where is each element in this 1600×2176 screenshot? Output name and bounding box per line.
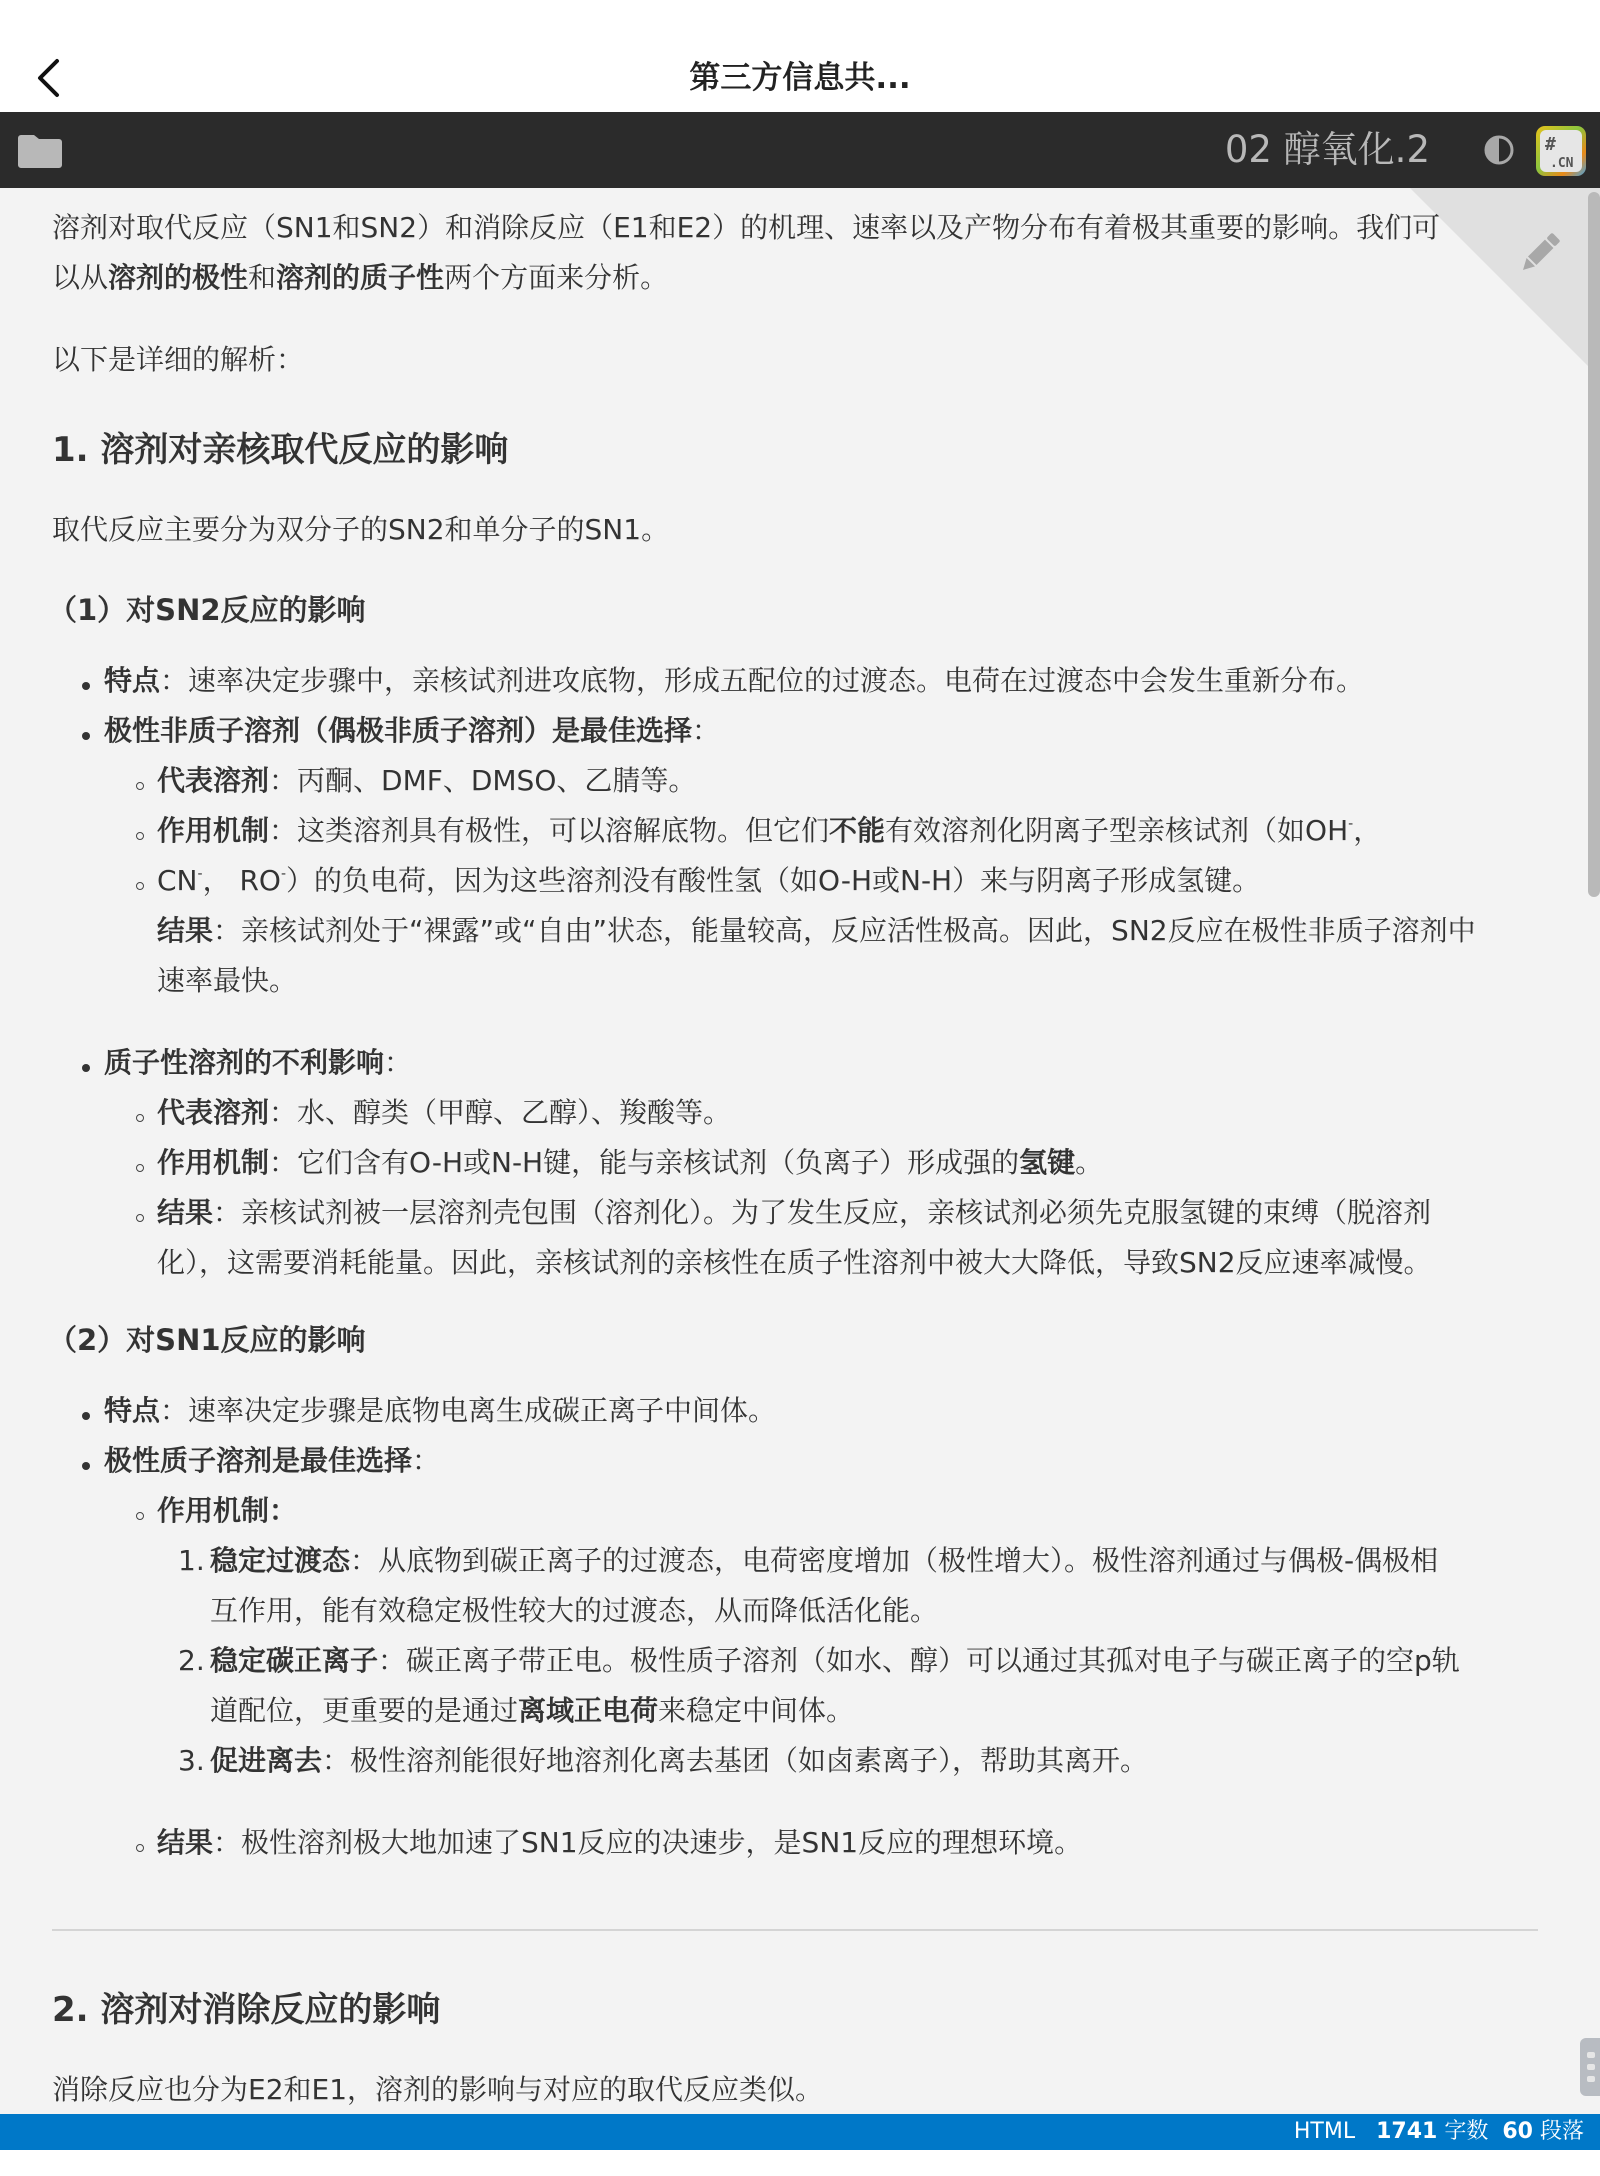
list-number: 1.	[178, 1536, 205, 1586]
sn1-step3: 促进离去：极性溶剂能很好地溶剂化离去基团（如卤素离子），帮助其离开。	[210, 1736, 1148, 1786]
horizontal-divider	[52, 1929, 1538, 1931]
sn2-heading: （1）对SN2反应的影响	[48, 585, 366, 635]
sn1-step2-line2: 道配位，更重要的是通过离域正电荷来稳定中间体。	[210, 1686, 854, 1736]
word-count-label: 字数	[1444, 2119, 1488, 2144]
sub-bullet-icon	[136, 1164, 144, 1172]
page-title: 第三方信息共...	[0, 56, 1600, 100]
sn1-step1-line1: 稳定过渡态：从底物到碳正离子的过渡态，电荷密度增加（极性增大）。极性溶剂通过与偶…	[210, 1536, 1438, 1586]
sn2-protic-representative: 代表溶剂：水、醇类（甲醇、乙醇）、羧酸等。	[157, 1088, 731, 1138]
app-badge-button[interactable]: # .CN	[1535, 125, 1587, 177]
svg-text:.CN: .CN	[1550, 156, 1574, 171]
bullet-icon	[82, 732, 90, 740]
sn2-best-choice: 极性非质子溶剂（偶极非质子溶剂）是最佳选择：	[104, 706, 720, 756]
paragraph-count-label: 段落	[1540, 2119, 1584, 2144]
intro-paragraph-line2: 以从溶剂的极性和溶剂的质子性两个方面来分析。	[52, 253, 668, 303]
bullet-icon	[82, 682, 90, 690]
sub-bullet-icon	[136, 1214, 144, 1222]
contrast-icon	[1483, 133, 1515, 167]
sn2-protic-mechanism: 作用机制：它们含有O-H或N-H键，能与亲核试剂（负离子）形成强的氢键。	[157, 1138, 1103, 1188]
edit-button[interactable]	[1515, 228, 1565, 278]
lead-paragraph: 以下是详细的解析：	[52, 335, 304, 385]
scrollbar-thumb[interactable]	[1588, 192, 1600, 897]
pencil-icon	[1515, 228, 1565, 278]
svg-text:#: #	[1545, 134, 1556, 155]
sn2-aprotic-result-line1: 结果：亲核试剂处于“裸露”或“自由”状态，能量较高，反应活性极高。因此，SN2反…	[157, 906, 1476, 956]
sn2-protic-result-line2: 化），这需要消耗能量。因此，亲核试剂的亲核性在质子性溶剂中被大大降低，导致SN2…	[157, 1238, 1432, 1288]
sn2-feature: 特点：速率决定步骤中，亲核试剂进攻底物，形成五配位的过渡态。电荷在过渡态中会发生…	[104, 656, 1364, 706]
document-content[interactable]: 溶剂对取代反应（SN1和SN2）和消除反应（E1和E2）的机理、速率以及产物分布…	[0, 188, 1600, 2114]
handle-dot	[1587, 2064, 1595, 2070]
status-bar: HTML 1741 字数 60 段落	[0, 2114, 1600, 2150]
folder-icon	[18, 133, 64, 169]
editor-mode: HTML	[1294, 2119, 1355, 2144]
handle-dot	[1587, 2076, 1595, 2082]
sn2-aprotic-result-line2: 速率最快。	[157, 956, 297, 1006]
paragraph-count: 60	[1502, 2119, 1533, 2144]
sn1-result: 结果：极性溶剂极大地加速了SN1反应的决速步，是SN1反应的理想环境。	[157, 1818, 1082, 1868]
folder-button[interactable]	[18, 133, 64, 169]
sub-bullet-icon	[136, 1114, 144, 1122]
sub-bullet-icon	[136, 832, 144, 840]
sn1-step1-line2: 互作用，能有效稳定极性较大的过渡态，从而降低活化能。	[210, 1586, 938, 1636]
sub-bullet-icon	[136, 1844, 144, 1852]
section1-heading: 1. 溶剂对亲核取代反应的影响	[52, 425, 508, 475]
sn1-mechanism-label: 作用机制：	[157, 1486, 297, 1536]
bullet-icon	[82, 1412, 90, 1420]
bullet-icon	[82, 1462, 90, 1470]
theme-toggle-button[interactable]	[1483, 133, 1515, 167]
side-panel-handle[interactable]	[1580, 2038, 1600, 2096]
sn2-aprotic-mechanism-line2: CN-， RO-）的负电荷，因为这些溶剂没有酸性氢（如O-H或N-H）来与阴离子…	[157, 856, 1260, 906]
section1-intro: 取代反应主要分为双分子的SN2和单分子的SN1。	[52, 505, 669, 555]
section2-intro: 消除反应也分为E2和E1，溶剂的影响与对应的取代反应类似。	[52, 2065, 823, 2114]
sub-bullet-icon	[136, 782, 144, 790]
sn1-step2-line1: 稳定碳正离子：碳正离子带正电。极性质子溶剂（如水、醇）可以通过其孤对电子与碳正离…	[210, 1636, 1460, 1686]
handle-dot	[1587, 2052, 1595, 2058]
list-number: 3.	[178, 1736, 205, 1786]
bullet-icon	[82, 1064, 90, 1072]
document-name[interactable]: 02 醇氧化.2	[1225, 122, 1430, 178]
sn1-feature: 特点：速率决定步骤是底物电离生成碳正离子中间体。	[104, 1386, 776, 1436]
intro-paragraph-line1: 溶剂对取代反应（SN1和SN2）和消除反应（E1和E2）的机理、速率以及产物分布…	[52, 203, 1440, 253]
sn1-best-choice: 极性质子溶剂是最佳选择：	[104, 1436, 440, 1486]
sn2-protic-result-line1: 结果：亲核试剂被一层溶剂壳包围（溶剂化）。为了发生反应，亲核试剂必须先克服氢键的…	[157, 1188, 1431, 1238]
bottom-safe-area	[0, 2150, 1600, 2176]
sub-bullet-icon	[136, 882, 144, 890]
section2-heading: 2. 溶剂对消除反应的影响	[52, 1985, 440, 2035]
sn2-protic-drawback: 质子性溶剂的不利影响：	[104, 1038, 412, 1088]
list-number: 2.	[178, 1636, 205, 1686]
word-count: 1741	[1376, 2119, 1437, 2144]
app-header: 第三方信息共...	[0, 0, 1600, 112]
sub-bullet-icon	[136, 1512, 144, 1520]
sn1-heading: （2）对SN1反应的影响	[48, 1315, 366, 1365]
sn2-aprotic-mechanism-line1: 作用机制：这类溶剂具有极性，可以溶解底物。但它们不能有效溶剂化阴离子型亲核试剂（…	[157, 806, 1381, 856]
sn2-aprotic-representative: 代表溶剂：丙酮、DMF、DMSO、乙腈等。	[157, 756, 696, 806]
app-logo-icon: # .CN	[1535, 125, 1587, 177]
